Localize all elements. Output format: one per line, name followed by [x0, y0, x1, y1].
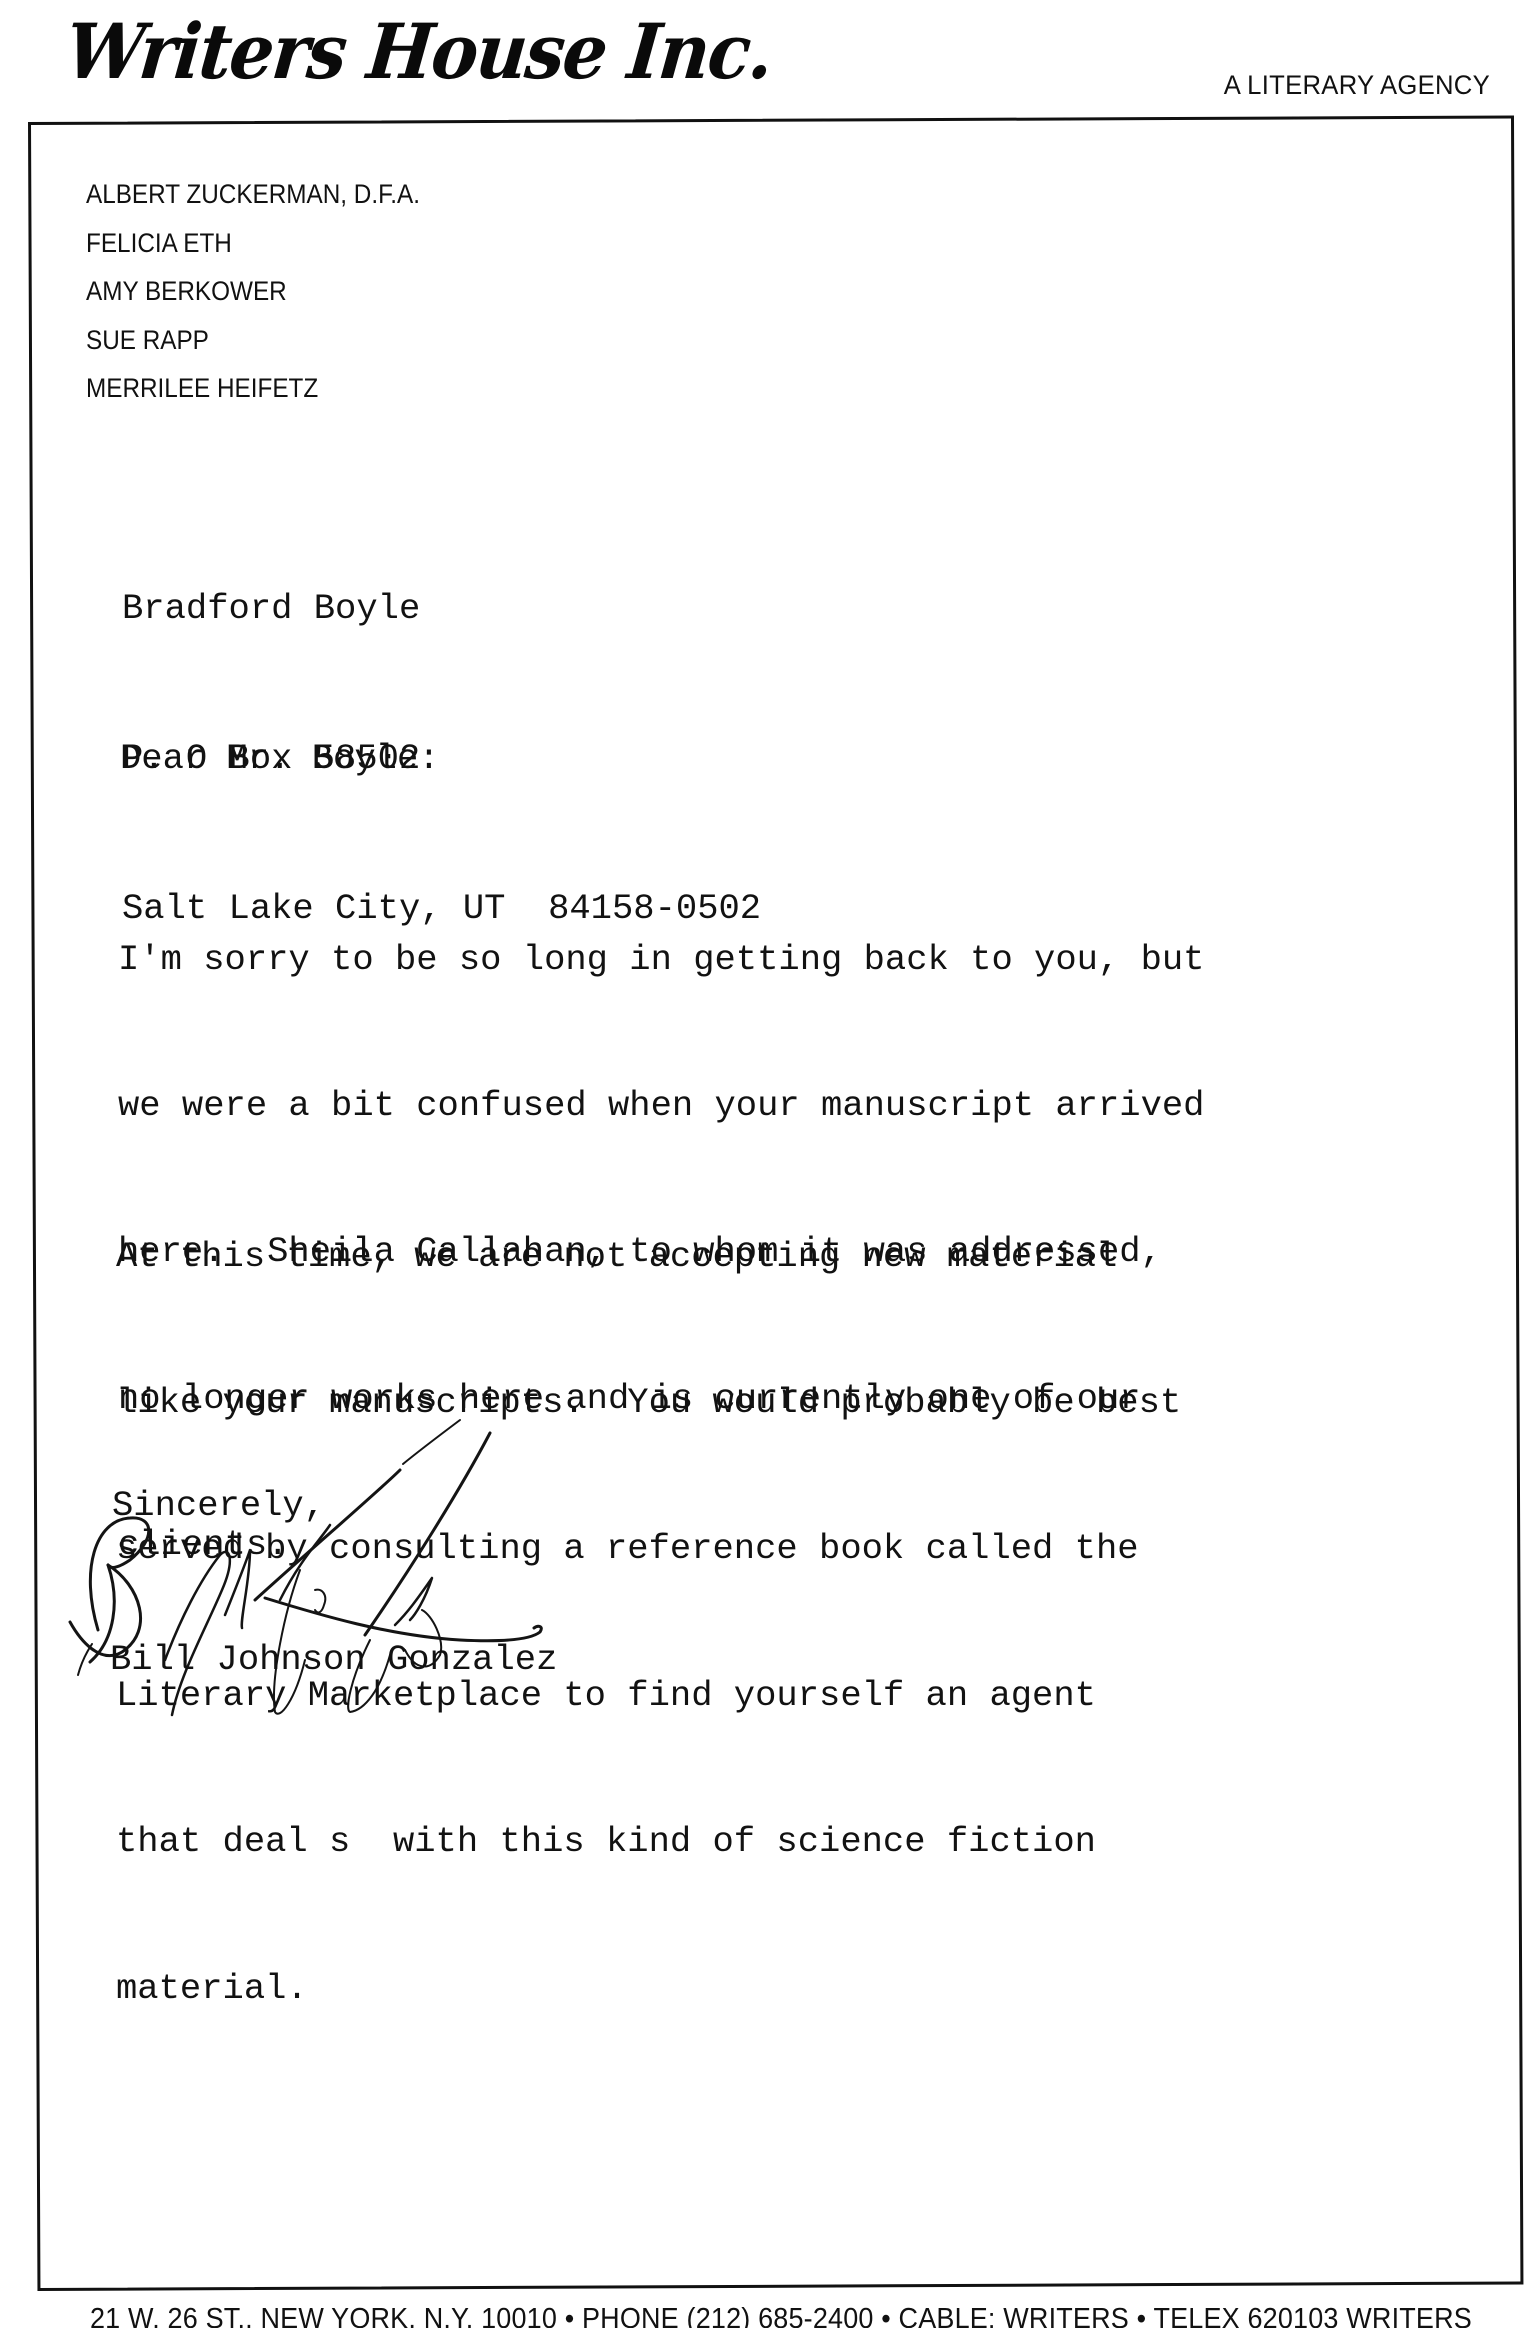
staff-member: SUE RAPP [86, 316, 420, 365]
signer-name: Bill Johnson Gonzalez [110, 1636, 557, 1685]
paragraph-line: that deal s with this kind of science fi… [116, 1818, 1181, 1867]
salutation: Dear Mr. Boyle: [120, 735, 440, 784]
staff-member: FELICIA ETH [86, 219, 420, 268]
footer-address: 21 W. 26 ST., NEW YORK, N.Y. 10010 • PHO… [90, 2305, 1472, 2328]
staff-member: ALBERT ZUCKERMAN, D.F.A. [86, 170, 420, 219]
paragraph-line: we were a bit confused when your manuscr… [118, 1082, 1204, 1131]
paragraph-line: material. [116, 1965, 1181, 2014]
agency-tagline: A LITERARY AGENCY [1167, 72, 1490, 99]
staff-member: AMY BERKOWER [86, 267, 420, 316]
recipient-name: Bradford Boyle [122, 584, 761, 634]
staff-list: ALBERT ZUCKERMAN, D.F.A. FELICIA ETH AMY… [86, 170, 420, 413]
handwritten-signature [60, 1400, 760, 1740]
paragraph-line: At this time, we are not accepting new m… [116, 1233, 1181, 1282]
paragraph-line: I'm sorry to be so long in getting back … [118, 936, 1204, 985]
staff-member: MERRILEE HEIFETZ [86, 364, 420, 413]
agency-logo: Writers House Inc. [63, 14, 776, 90]
